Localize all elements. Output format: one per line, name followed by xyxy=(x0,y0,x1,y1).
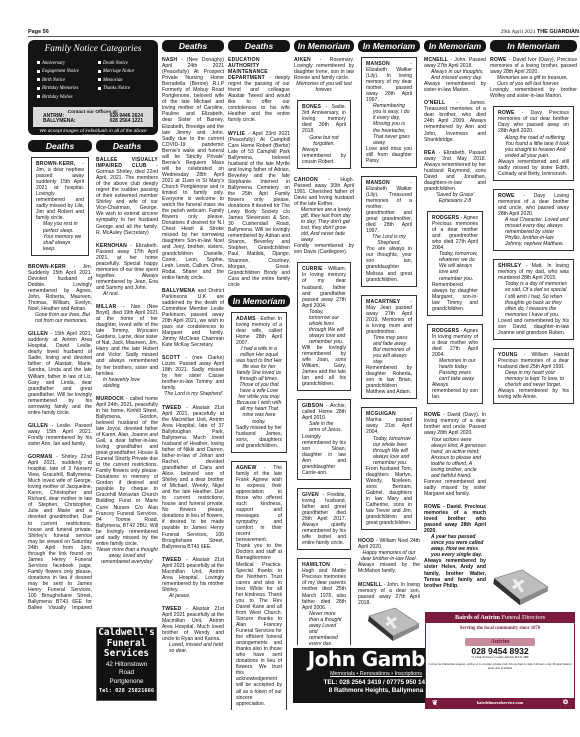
notice-signoff: You are always in our thoughts, your son… xyxy=(366,246,412,282)
section-band-memoriam: In Memoriam xyxy=(228,295,290,307)
notice: GIVEN - Freddie, loving husband, father … xyxy=(297,488,351,550)
notice-poem: Time may pass and fade away But memories… xyxy=(366,335,412,365)
notice-poem: In heavenly love abiding. xyxy=(96,377,158,389)
ad-address: Road xyxy=(97,670,156,677)
notice-signoff: Forever remembered and sadly missed by s… xyxy=(424,479,486,497)
category-item: Death Notice xyxy=(98,60,134,68)
category-item: Thanks Notice xyxy=(98,85,134,93)
notice: HOOD - William Noel 24th April 2020.Happ… xyxy=(358,538,420,574)
notice-text: - (nee Clarke) Lizzie. Passed away April… xyxy=(162,355,224,391)
categories-left: Anniversary Engagement Notice Birth Noti… xyxy=(37,60,79,102)
notice-poem: Deep in my heart your memory is kept To … xyxy=(498,370,569,388)
notice-text: - Hugh and Mattie Precious memories of m… xyxy=(302,562,346,610)
notice-text: - Elizabeth. Passed away 2nd May 2018. A… xyxy=(424,150,486,192)
badge-icon: ✪ xyxy=(563,698,568,708)
notice: BALLYMENA and District Parkinsons U.K ar… xyxy=(162,288,224,348)
section-band-deaths: Deaths xyxy=(162,40,224,52)
notice-poem: A year has passed since you were called … xyxy=(424,534,486,558)
notice-text: - 15th April 2021, suddenly at Antrim Ar… xyxy=(28,331,92,416)
notice-text: - Elizabeth. Passed away 17th April 2021… xyxy=(96,243,158,291)
bible-icon xyxy=(490,567,550,607)
notice: AIKEN - Rosemary. Lovingly remembered by… xyxy=(294,57,354,93)
notice-text: - deeply regret the passing of our frien… xyxy=(228,75,290,123)
notice-text: - Freddie, loving husband, father and gr… xyxy=(302,492,346,546)
notice-poem: 'The Lord is my Shepherd' xyxy=(162,391,224,397)
notice-text: - Shirley 22nd April 2021, suddenly at h… xyxy=(28,454,92,610)
notice-poem: May you rest in perfect sleep. Your memo… xyxy=(36,221,84,251)
paper-name: THE GUARDIAN xyxy=(537,29,579,35)
notice: TWEED - Alastair 21st April 2021 peacefu… xyxy=(162,557,224,599)
notice-signoff: Always remembered by sister-in-law Mario… xyxy=(424,81,486,93)
notice-text: - Jim, a dear nephew passed away suddenl… xyxy=(36,161,84,221)
notice-text: - Alastair 21st April 2021, peacefully a… xyxy=(162,405,224,550)
office-name: BALLYMENA: xyxy=(43,119,76,124)
bible-icon xyxy=(365,606,421,642)
ad-title-line: Services xyxy=(97,649,156,660)
section-band-memoriam: In Memoriam xyxy=(424,40,486,52)
notice-poem: I had a wife in a million Her equal was … xyxy=(236,346,282,425)
notice-text: - The family of the late Frank Agnew wis… xyxy=(236,465,282,707)
notice-text: - April 23rd 2021 (Peacefully) At Camphi… xyxy=(228,131,290,288)
notice-poem: The Lord is my Shepherd. xyxy=(366,234,412,246)
notice-poem: 'Saved by Grace' Ephesians 2:8 xyxy=(424,192,486,204)
notice: RODGERS - Agnes In loving memory of a de… xyxy=(427,324,483,405)
notice: REA - Elizabeth. Passed away 2nd May 201… xyxy=(424,150,486,204)
section-band-memoriam: In Memoriam xyxy=(294,40,354,52)
notice: MILLAR - Nan (Nee Boyd), died 19th April… xyxy=(96,304,158,389)
notice: BONES - Sadie. 3rd Anniversary, in lovin… xyxy=(297,100,351,168)
notice: MCNEILL - John. In loving memory of a de… xyxy=(358,582,420,605)
category-item: Birthday Wishes xyxy=(37,94,79,102)
notice: GILLEN - Leslie. Passed away 15th April … xyxy=(28,423,92,447)
category-item: Marriage Notice xyxy=(98,68,134,76)
notice-signoff: From husband Tom, daughters Martyn, Wend… xyxy=(366,466,412,526)
section-band-memoriam: In Memoriam xyxy=(490,40,577,52)
notice: TWEED - Alastair 21st April 2021 peacefu… xyxy=(162,606,224,654)
category-item: Birth Notice xyxy=(37,77,79,85)
notice-signoff: Always remembered and still sadly missed… xyxy=(498,159,569,177)
notice: MCNEILL - John. Passed away 27th April 2… xyxy=(424,57,486,93)
notice-name: EDUCATION AUTHORITY MAINTENANCE DEPARTME… xyxy=(228,57,268,81)
notice: YOUNG - William Harold Precious memories… xyxy=(493,348,574,404)
notice: MURDOCK - called home April 24th, 2021, … xyxy=(96,396,158,565)
accept-images-note: We accept images of individuals in all o… xyxy=(32,129,154,140)
notice-signoff: Lovingly remembered by brother Wolfey an… xyxy=(490,87,577,99)
notice-signoff: Fondly remembered by son Davis (Castlego… xyxy=(294,243,354,255)
notice: CAHOON - Hugh. Passed away 30th April 19… xyxy=(294,177,354,256)
notice-poem: Along the road of suffering You found a … xyxy=(498,135,569,159)
office-row: BALLYMENA:028 2564 1221 xyxy=(33,119,153,124)
notice: GIBSON - Archie, called Home 28th April … xyxy=(297,399,351,480)
ad-town-label: Antrim xyxy=(465,638,535,646)
notice-text: - Elizabeth Walker (Lily). Treasured mem… xyxy=(366,180,412,234)
section-band-memoriam: In Memoriam xyxy=(358,40,420,52)
notice-signoff: Love and miss you still from daughter Pa… xyxy=(366,146,412,164)
notice: ROWE - David. Precious memories of a muc… xyxy=(424,504,486,589)
notice-poem: A real Character. Loved and missed every… xyxy=(498,217,569,247)
categories-right: Death Notice Marriage Notice Memorian Th… xyxy=(98,60,134,94)
ad-business-name: Bairds of Antrim xyxy=(455,614,500,621)
notice: MCGUIGAN - Marina passed away 21st April… xyxy=(361,407,417,530)
notice-signoff: Always remembered by his loving wife Ann… xyxy=(498,388,569,400)
section-band-deaths: Deaths xyxy=(96,140,158,152)
notice-poem: Always in our thoughts, And missed every… xyxy=(424,69,486,81)
notice-poem: Today is a day of memories so sad, Of a … xyxy=(498,281,569,317)
notice: RODGERS - Agnes Precious memories of a d… xyxy=(427,211,483,316)
column-memoriam-4: In Memoriam ROWE - David Ivor (Davy). Pr… xyxy=(490,40,577,580)
column-deaths-memoriam: Deaths EDUCATION AUTHORITY MAINTENANCE D… xyxy=(228,40,290,710)
notice: MACARTNEY - May Jean passed away 27th Ap… xyxy=(361,295,417,400)
ad-address: 42 Hiltonstown xyxy=(97,662,156,669)
notice-signoff: Sadly missed by her husband James, sons,… xyxy=(236,425,282,449)
notice-signoff: Remembered always by daughter Margaret, … xyxy=(432,282,478,312)
notice-signoff: Always missed by the McMahon family. xyxy=(358,562,420,574)
notice-text: - called home April 24th, 2021, peaceful… xyxy=(96,396,158,547)
notice-poem: Memories are a lovely gift, they last fr… xyxy=(294,207,354,243)
ad-tagline: Serving the local community since 1870 xyxy=(426,626,574,632)
contact-offices: Contact our Offices at: ANTRIM:028 9446 … xyxy=(33,107,153,127)
notice-poem: 'Never more than a thought away, loved a… xyxy=(96,547,158,565)
notice-text: - Nan (Nee Boyd), died 19th April 2021 a… xyxy=(96,304,158,377)
notice: NASH - (Nee Donaghy) April 24th 2021 (Pe… xyxy=(162,57,224,281)
notice: KERNOHAN - Elizabeth. Passed away 17th A… xyxy=(96,243,158,297)
family-notice-categories: Family Notice Categories Anniversary Eng… xyxy=(28,40,158,135)
notice-poem: Never more than a thought away Loved and… xyxy=(302,611,346,645)
notice-text: - Agnes Precious memories of a dear moth… xyxy=(432,215,478,251)
category-item: Birthday Memories xyxy=(37,85,79,93)
notice: O'NEILL - James. Treasured memories of a… xyxy=(424,100,486,142)
notice-poem: Memories in our hearts today Passing yea… xyxy=(432,358,478,382)
notice-text: - Jim. Suddenly 15th April 2021. Devoted… xyxy=(28,264,92,312)
date-text: 29th April 2021 xyxy=(501,29,536,35)
ad-title: Bairds of Antrim Funeral Directors xyxy=(426,613,574,623)
notice: ROWE - Davy Precious memories of our dea… xyxy=(493,106,574,181)
notice-poem: At rest. xyxy=(96,291,158,297)
notice: CURRIE - William. In loving memory of my… xyxy=(297,262,351,391)
notice: SHIRLEY - Matt. In loving memory of my d… xyxy=(493,259,574,340)
notice-poem: Memories of you will last forever. xyxy=(294,81,354,93)
notice-text: - James. Treasured memories of a dear br… xyxy=(424,100,486,142)
notice-poem: Loved, missed and held so dear. xyxy=(162,642,224,654)
notice: AGNEW - The family of the late Frank Agn… xyxy=(231,461,287,710)
page-header: Page 56 29th April 2021 THE GUARDIAN xyxy=(28,29,579,37)
notice-poem: Memories are a gift to treasure, Ours of… xyxy=(490,75,577,87)
notice: HAMILTON - Hugh and Mattie Precious memo… xyxy=(297,558,351,645)
section-band-deaths: Deaths xyxy=(228,40,290,52)
notice-text: - Elizabeth Walker (Lily). In loving mem… xyxy=(366,61,412,103)
notice: BROWN-KERR - Jim. Suddenly 15th April 20… xyxy=(28,264,92,324)
notice-poem: Gone but not forgotten. xyxy=(302,135,346,147)
notice: ROWE - David (Davy). In loving memory of… xyxy=(424,412,486,497)
notice-signoff: Always remembered by son Ian. xyxy=(432,382,478,400)
ad-address: Portglenone xyxy=(97,679,156,686)
section-band-deaths: Deaths xyxy=(28,140,92,152)
notice-signoff: Will be lovingly remembered by wife Joan… xyxy=(302,345,346,387)
ad-footer: ❦ bairdsfuneralservice.com ✪ xyxy=(426,698,574,708)
bairds-logo-icon: ❦ xyxy=(432,698,438,708)
notice-text: and District Parkinsons U.K are saddened… xyxy=(162,288,224,348)
category-item: Anniversary xyxy=(37,60,79,68)
notice-poem: Gone from our lives, But not from our me… xyxy=(28,312,92,324)
notice-poem: Today, tomorrow, whatever we do We will … xyxy=(432,251,478,281)
notice-text: - William. In loving memory of my dear h… xyxy=(302,266,346,308)
ad-website[interactable]: bairdsfuneralservice.com xyxy=(477,700,523,705)
issue-date: 29th April 2021 THE GUARDIAN xyxy=(501,29,579,35)
ad-business-type: Funeral Directors xyxy=(502,614,545,621)
ad-info: Call us for immediate support, advice or… xyxy=(426,663,574,671)
notice-signoff: Remembered by daughter Roberta, son in l… xyxy=(366,365,412,395)
office-phone[interactable]: 028 2564 1221 xyxy=(110,119,143,124)
column-deaths-3: Deaths NASH - (Nee Donaghy) April 24th 2… xyxy=(162,40,224,665)
caldwells-funeral-ad[interactable]: Caldwell's Funeral Services 42 Hiltonsto… xyxy=(96,627,157,701)
notice: ADAMS - Esther. In loving memory of a de… xyxy=(231,312,287,453)
notice: SCOTT - (nee Clarke) Lizzie. Passed away… xyxy=(162,355,224,397)
notice: BROWN-KERR, - Jim, a dear nephew passed … xyxy=(31,157,89,256)
notice: ROWE - Davy Loving memories of a dear br… xyxy=(493,189,574,251)
notice-signoff: Loved and remembered by his son David, d… xyxy=(498,318,569,336)
notice-text: - Alastair 21st April 2021 peacefully at… xyxy=(162,606,224,642)
ad-phone: Tel: 028 25821666 xyxy=(97,688,156,694)
column-deaths-1: Deaths BROWN-KERR, - Jim, a dear nephew … xyxy=(28,140,92,610)
notice: ROWE - David Ivor (Davy). Precious memor… xyxy=(490,57,577,99)
notice-text: - May Jean passed away 27th April 2019. … xyxy=(366,299,412,335)
notice-poem: Today, tomorrow our whole lives through … xyxy=(366,436,412,466)
notice-poem: Your actions were always kind, A generou… xyxy=(424,437,486,479)
notice: BALLEE VISUALLY IMPAIRED CLUB - Gorman S… xyxy=(96,157,158,236)
notice-poem: At peace. xyxy=(162,593,224,599)
notice: GILLEN - 15th April 2021, suddenly at An… xyxy=(28,331,92,416)
category-item: Memorian xyxy=(98,77,134,85)
ad-title-line: Caldwell's xyxy=(97,628,156,639)
notice-signoff: Lovingly remembered by his son Sloan, da… xyxy=(302,434,346,476)
column-deaths-2: Deaths BALLEE VISUALLY IMPAIRED CLUB - G… xyxy=(96,140,158,620)
column-memoriam-1: In Memoriam AIKEN - Rosemary. Lovingly r… xyxy=(294,40,354,645)
notice-name: BALLEE VISUALLY IMPAIRED CLUB xyxy=(96,157,158,169)
categories-title: Family Notice Categories xyxy=(28,46,158,52)
column-memoriam-2: In Memoriam MANSON - Elizabeth Walker (L… xyxy=(358,40,420,605)
notice-signoff: Always remembered by sister Helen, Andy … xyxy=(424,558,486,588)
notice: MANSON - Elizabeth Walker (Lily). In lov… xyxy=(361,57,417,168)
notice-signoff: Always remembered by cousin Robert. xyxy=(302,147,346,165)
notice-poem: Today, tomorrow our whole lives through … xyxy=(302,309,346,345)
column-memoriam-3: In Memoriam MCNEILL - John. Passed away … xyxy=(424,40,486,605)
notice: TWEED - Alastair 21st April 2021, peacef… xyxy=(162,405,224,550)
bairds-of-antrim-ad[interactable]: Bairds of Antrim Funeral Directors Servi… xyxy=(425,612,575,709)
notice-text: - Gorman Shirley, died 22nd April, 2021.… xyxy=(96,163,158,236)
notice: EDUCATION AUTHORITY MAINTENANCE DEPARTME… xyxy=(228,57,290,124)
page-number: Page 56 xyxy=(28,29,49,35)
ad-address: 71 Church Street, County Antrim, BT41 4B… xyxy=(426,654,574,660)
notice-text: - (Nee Donaghy) April 24th 2021 (Peacefu… xyxy=(162,57,224,281)
category-item: Engagement Notice xyxy=(37,68,79,76)
notice: WYLIE - April 23rd 2021 (Peacefully) At … xyxy=(228,131,290,288)
notice: GORMAN - Shirley 22nd April 2021, sudden… xyxy=(28,454,92,610)
notice: MANSON - Elizabeth Walker (Lily). Treasu… xyxy=(361,176,417,287)
notice-poem: Remembering you is easy, I do it every d… xyxy=(366,103,412,145)
notice-poem: Safe in the arms of Jesus. xyxy=(302,421,346,433)
notice-text: - Alastair 21st April 2021 peacefully at… xyxy=(162,557,224,593)
notice-poem: Happy memories of our dear brother-in-la… xyxy=(358,550,420,562)
